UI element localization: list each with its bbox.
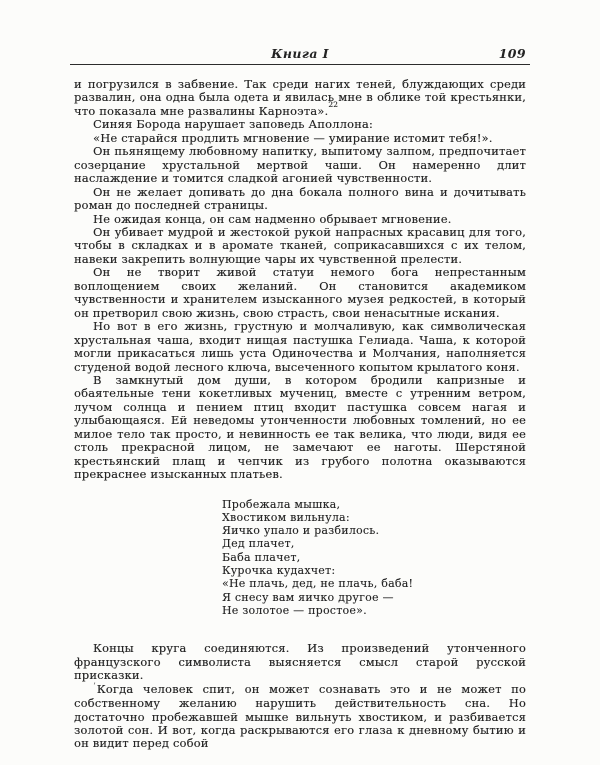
page-number: 109 <box>499 46 526 61</box>
body-text: и погрузился в забвение. Так среди нагих… <box>74 78 526 751</box>
verse-line: Яичко упало и разбилось. <box>222 524 526 537</box>
page-content: Книга I 109 и погрузился в забвение. Так… <box>74 44 526 751</box>
book-page: Книга I 109 и погрузился в забвение. Так… <box>0 0 600 765</box>
page-header: Книга I 109 <box>74 44 526 60</box>
running-title: Книга I <box>271 46 329 61</box>
verse-line: Не золотое — простое». <box>222 604 526 617</box>
paragraph-text: и погрузился в забвение. Так среди нагих… <box>74 77 526 118</box>
stray-ink-mark: ʼ <box>93 682 96 691</box>
paragraph: и погрузился в забвение. Так среди нагих… <box>74 78 526 118</box>
verse-line: Курочка кудахчет: <box>222 564 526 577</box>
paragraph: Он пьянящему любовному напитку, выпитому… <box>74 145 526 185</box>
paragraph: «Не старайся продлить мгновение — умиран… <box>74 132 526 145</box>
verse-line: Баба плачет, <box>222 551 526 564</box>
verse-line: Хвостиком вильнула: <box>222 511 526 524</box>
paragraph: Но вот в его жизнь, грустную и молчаливу… <box>74 320 526 374</box>
paragraph: ʼКогда человек спит, он может сознавать … <box>74 683 526 751</box>
paragraph: Синяя Борода нарушает заповедь Аполлона: <box>74 118 526 131</box>
paragraph-text: Когда человек спит, он может сознавать э… <box>74 682 526 751</box>
paragraph: Он не творит живой статуи немого бога не… <box>74 266 526 320</box>
paragraph: Он не желает допивать до дна бокала полн… <box>74 186 526 213</box>
paragraph: В замкнутый дом души, в котором бродили … <box>74 374 526 482</box>
footnote-reference: 22 <box>328 100 338 109</box>
header-rule <box>70 64 530 65</box>
verse-line: Я снесу вам яичко другое — <box>222 591 526 604</box>
closing-text: Концы круга соединяются. Из произведений… <box>74 642 526 751</box>
verse-line: Пробежала мышка, <box>222 498 526 511</box>
verse-block: Пробежала мышка, Хвостиком вильнула: Яич… <box>222 498 526 618</box>
verse-line: «Не плачь, дед, не плачь, баба! <box>222 577 526 590</box>
verse-line: Дед плачет, <box>222 537 526 550</box>
paragraph: Он убивает мудрой и жестокой рукой напра… <box>74 226 526 266</box>
paragraph: Не ожидая конца, он сам надменно обрывае… <box>74 213 526 226</box>
paragraph: Концы круга соединяются. Из произведений… <box>74 642 526 682</box>
